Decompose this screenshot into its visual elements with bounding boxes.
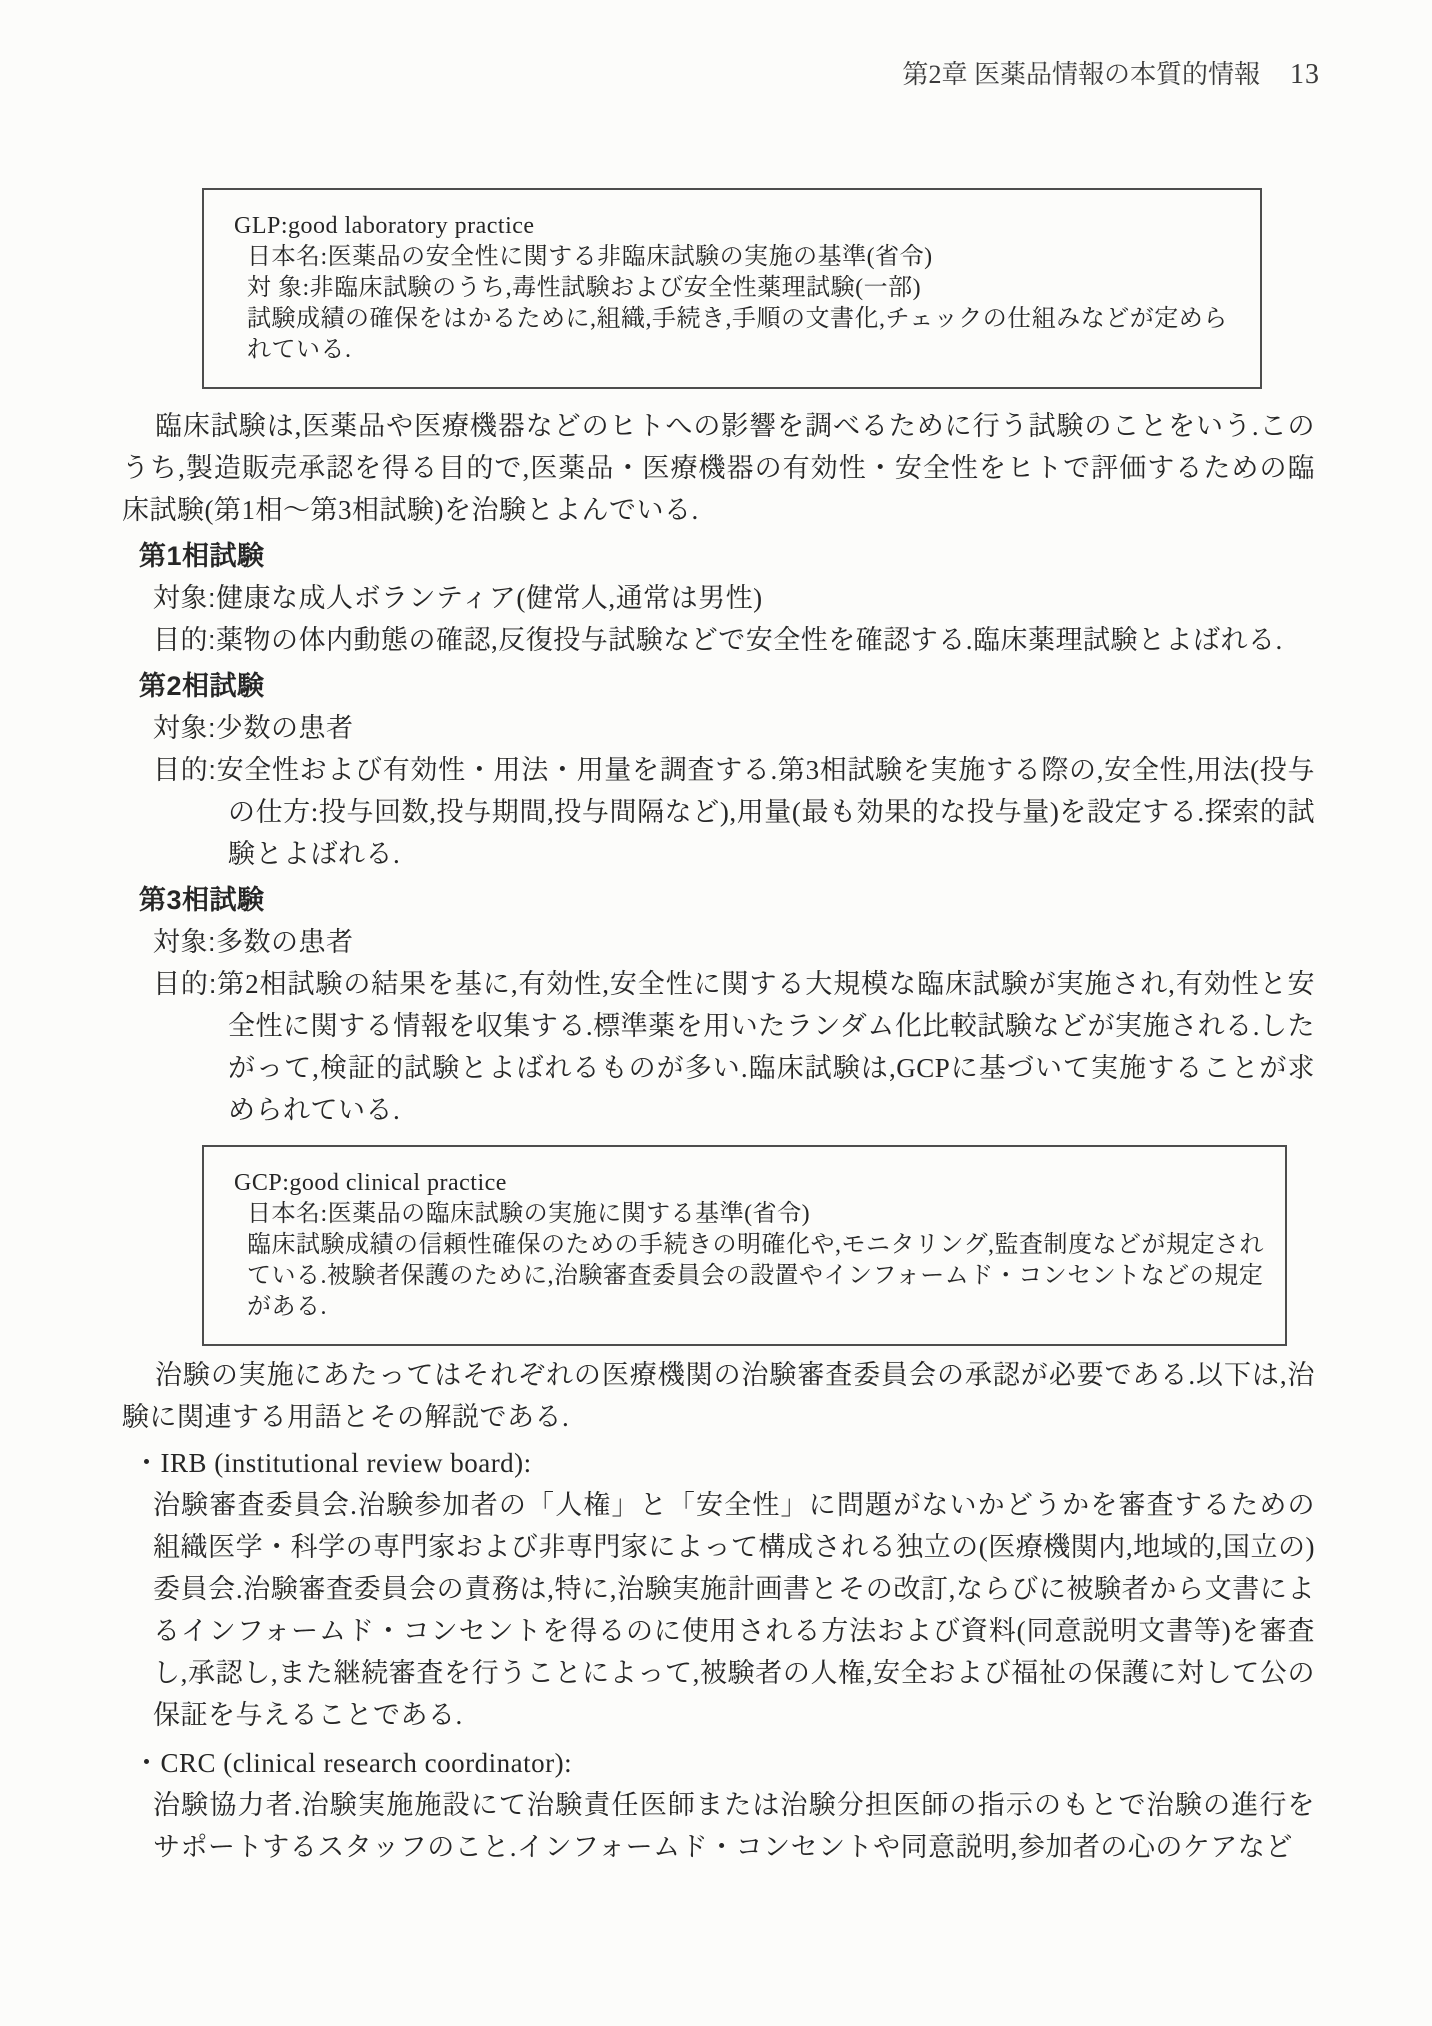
phase2-subject-label: 対象: (153, 713, 216, 743)
phase1-subject-label: 対象: (153, 583, 216, 613)
glp-japanese-name: 日本名:医薬品の安全性に関する非臨床試験の実施の基準(省令) (247, 242, 1242, 273)
scanned-book-page: 第2章 医薬品情報の本質的情報 13 GLP:good laboratory p… (0, 0, 1432, 2026)
phase2-subject-text: 少数の患者 (216, 713, 354, 743)
phase1-purpose-row: 目的:薬物の体内動態の確認,反復投与試験などで安全性を確認する.臨床薬理試験とよ… (122, 619, 1315, 661)
phase2-purpose-text: 安全性および有効性・用法・用量を調査する.第3相試験を実施する際の,安全性,用法… (216, 755, 1315, 869)
phase1-subject-text: 健康な成人ボランティア(健常人,通常は男性) (216, 583, 763, 613)
glossary-term-crc: ・CRC (clinical research coordinator): (133, 1742, 1315, 1784)
phase1-heading: 第1相試験 (139, 535, 1315, 577)
gcp-japanese-name: 日本名:医薬品の臨床試験の実施に関する基準(省令) (247, 1199, 1267, 1230)
glp-definition-box: GLP:good laboratory practice 日本名:医薬品の安全性… (202, 188, 1262, 389)
page-content: GLP:good laboratory practice 日本名:医薬品の安全性… (122, 0, 1315, 1868)
phase2-purpose-row: 目的:安全性および有効性・用法・用量を調査する.第3相試験を実施する際の,安全性… (122, 749, 1315, 875)
phase3-subject-row: 対象:多数の患者 (122, 921, 1315, 963)
glp-term: GLP:good laboratory practice (234, 211, 1242, 242)
phase2-purpose-label: 目的: (153, 755, 216, 785)
phase3-subject-label: 対象: (153, 927, 216, 957)
phase3-subject-text: 多数の患者 (216, 927, 354, 957)
intro-paragraph: 臨床試験は,医薬品や医療機器などのヒトへの影響を調べるために行う試験のことをいう… (122, 405, 1315, 531)
phase1-purpose-label: 目的: (153, 625, 216, 655)
phase1-subject-row: 対象:健康な成人ボランティア(健常人,通常は男性) (122, 577, 1315, 619)
phase1-purpose-text: 薬物の体内動態の確認,反復投与試験などで安全性を確認する.臨床薬理試験とよばれる… (216, 625, 1283, 655)
gcp-description: 臨床試験成績の信頼性確保のための手続きの明確化や,モニタリング,監査制度などが規… (247, 1230, 1267, 1323)
glossary-term-irb: ・IRB (institutional review board): (133, 1442, 1315, 1484)
gcp-term: GCP:good clinical practice (234, 1168, 1267, 1199)
phase2-heading: 第2相試験 (139, 665, 1315, 707)
phase3-purpose-row: 目的:第2相試験の結果を基に,有効性,安全性に関する大規模な臨床試験が実施され,… (122, 963, 1315, 1131)
gcp-definition-box: GCP:good clinical practice 日本名:医薬品の臨床試験の… (202, 1145, 1287, 1346)
glossary-definition-irb: 治験審査委員会.治験参加者の「人権」と「安全性」に問題がないかどうかを審査するた… (153, 1484, 1315, 1736)
glossary-definition-crc: 治験協力者.治験実施施設にて治験責任医師または治験分担医師の指示のもとで治験の進… (153, 1784, 1315, 1868)
phase3-heading: 第3相試験 (139, 879, 1315, 921)
glp-description: 試験成績の確保をはかるために,組織,手続き,手順の文書化,チェックの仕組みなどが… (247, 304, 1242, 366)
phase3-purpose-text: 第2相試験の結果を基に,有効性,安全性に関する大規模な臨床試験が実施され,有効性… (217, 969, 1315, 1125)
phase2-subject-row: 対象:少数の患者 (122, 707, 1315, 749)
glp-subject: 対 象:非臨床試験のうち,毒性試験および安全性薬理試験(一部) (247, 273, 1242, 304)
approval-paragraph: 治験の実施にあたってはそれぞれの医療機関の治験審査委員会の承認が必要である.以下… (122, 1354, 1315, 1438)
phase3-purpose-label: 目的: (153, 969, 217, 999)
